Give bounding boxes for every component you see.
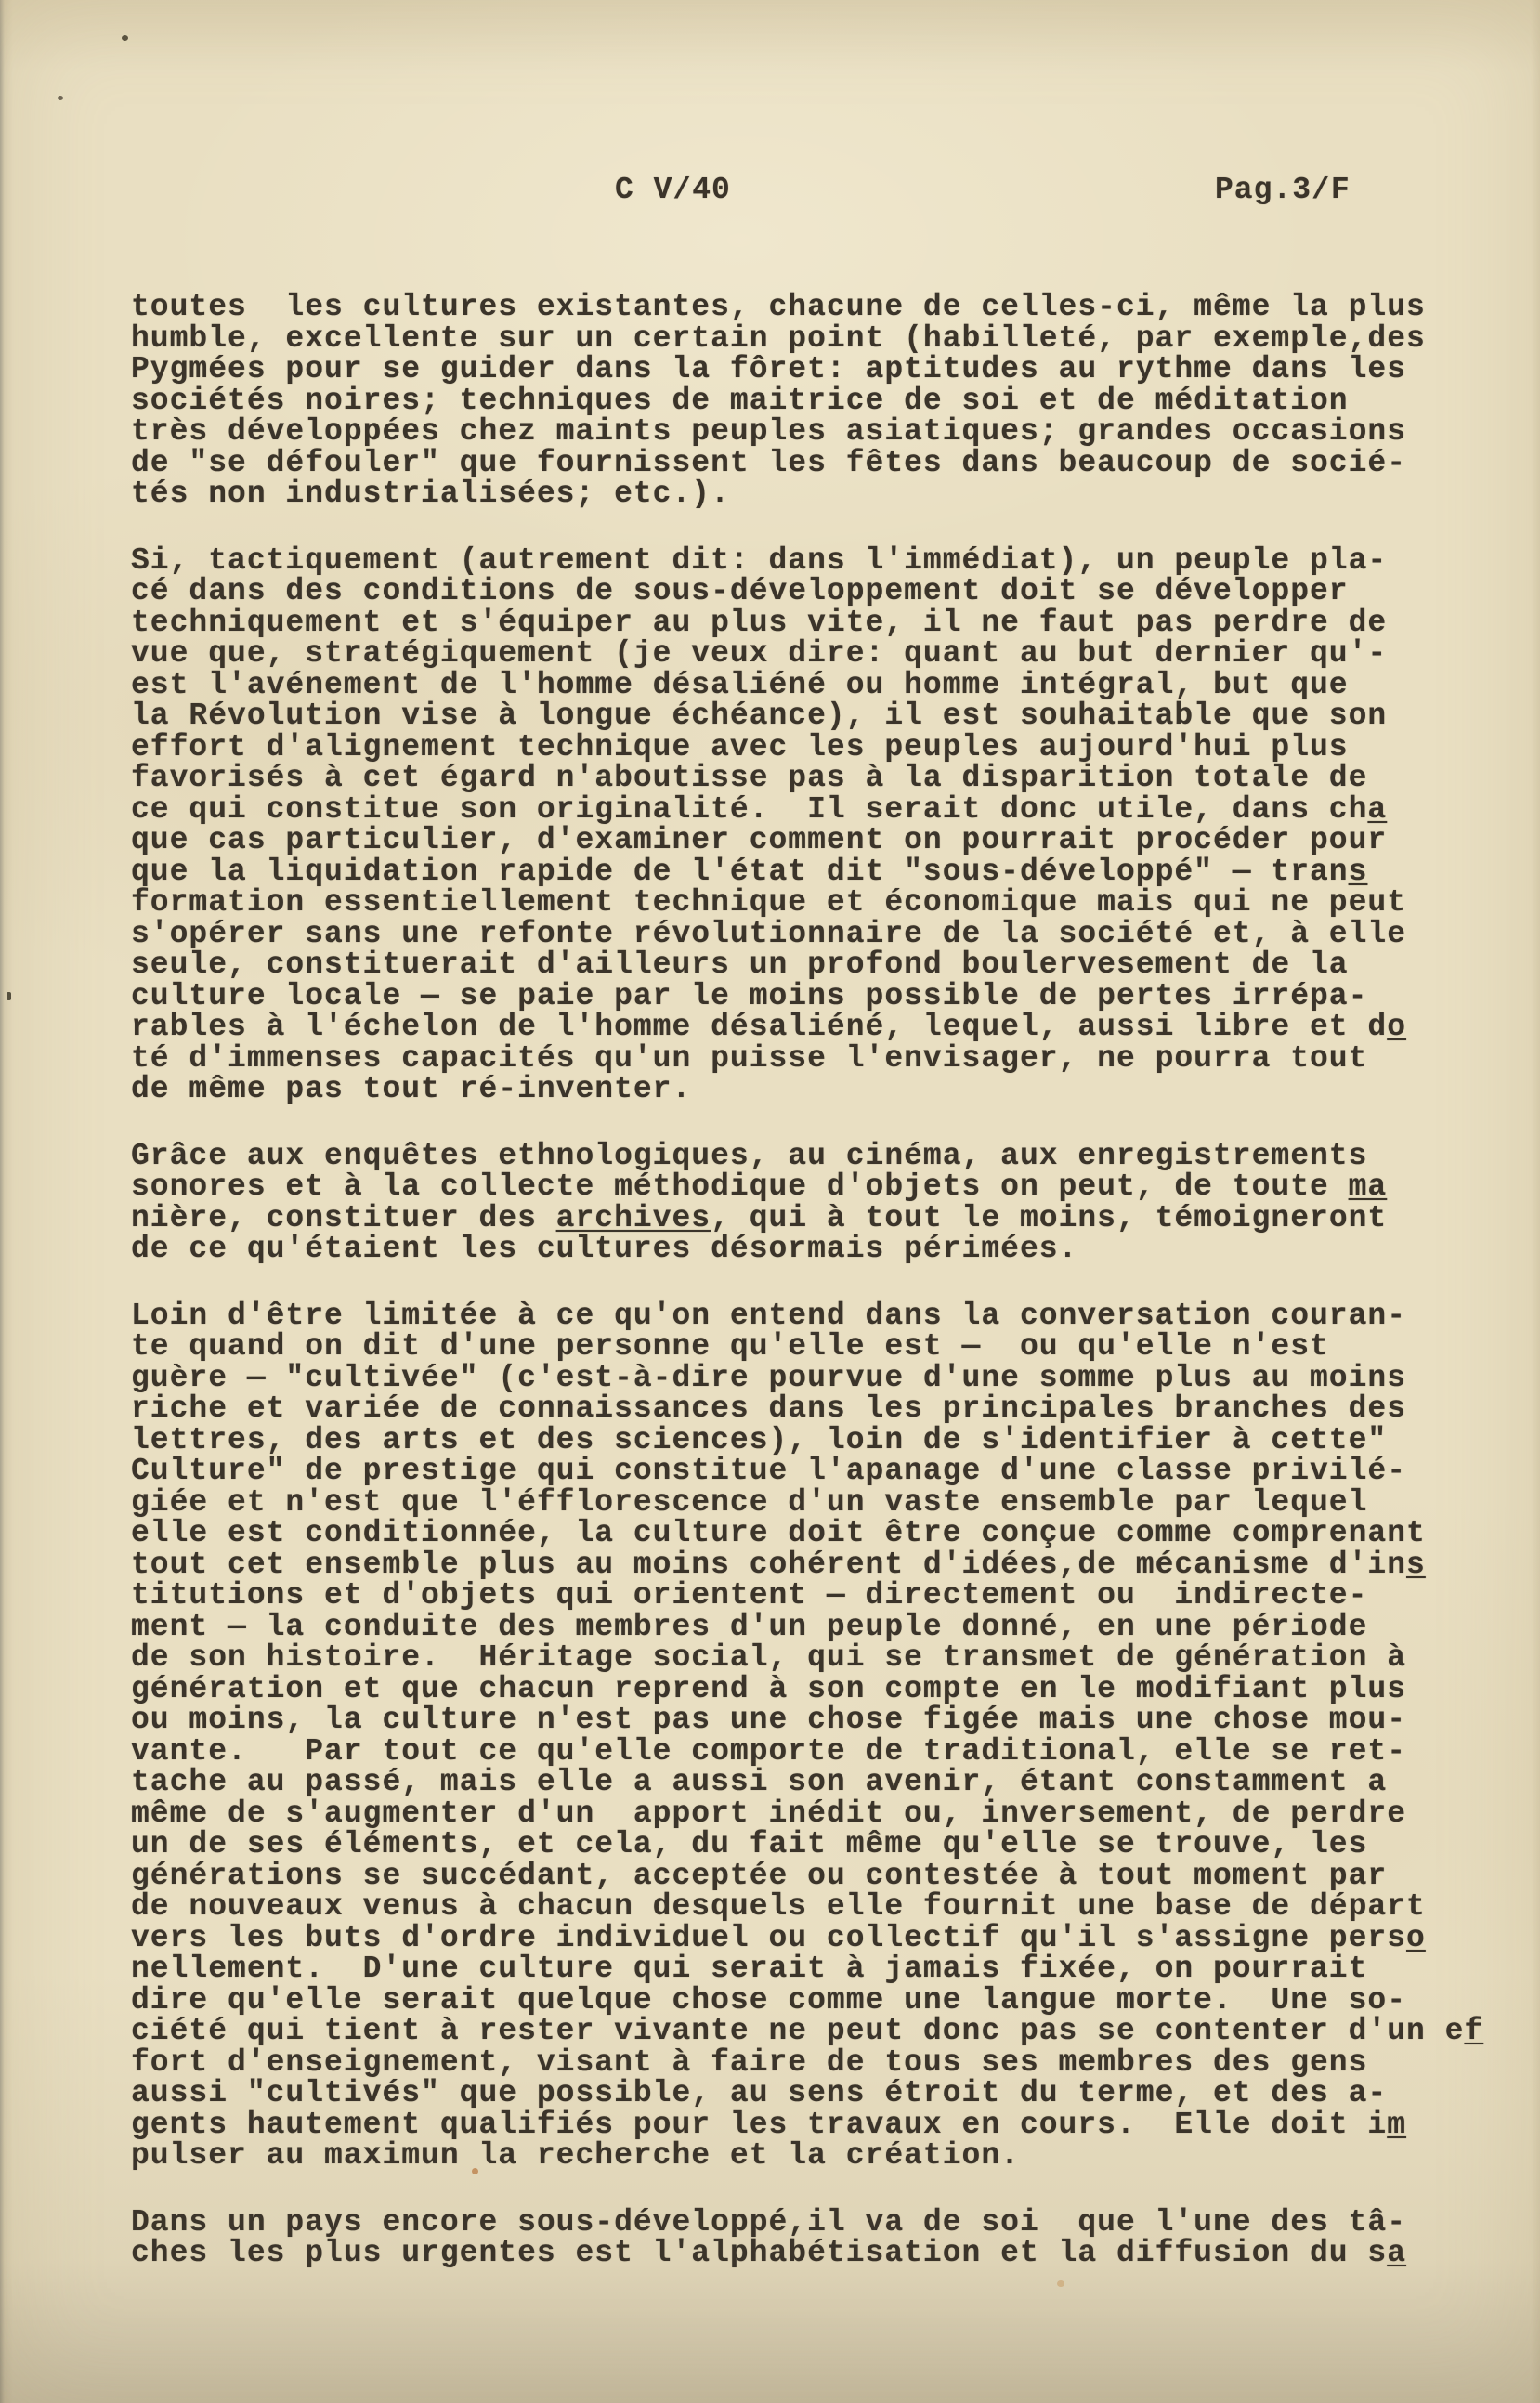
text-line: elle est conditionnée, la culture doit ê… xyxy=(131,1518,1483,1549)
text-segment: vue que, stratégiquement (je veux dire: … xyxy=(131,636,1387,671)
text-segment: fort d'enseignement, visant à faire de t… xyxy=(131,2045,1367,2080)
text-segment: , qui à tout le moins, témoigneront xyxy=(711,1201,1387,1235)
text-line: ment — la conduite des membres d'un peup… xyxy=(131,1612,1483,1643)
text-segment: vante. Par tout ce qu'elle comporte de t… xyxy=(131,1734,1406,1769)
text-line: même de s'augmenter d'un apport inédit o… xyxy=(131,1798,1483,1830)
page-number: Pag.3/F xyxy=(1215,173,1351,207)
underlined-text: o xyxy=(1406,1921,1426,1955)
text-segment: effort d'alignement technique avec les p… xyxy=(131,730,1349,764)
text-segment: nière, constituer des xyxy=(131,1201,556,1235)
text-segment: de son histoire. Héritage social, qui se… xyxy=(131,1640,1406,1675)
text-segment: aussi "cultivés" que possible, au sens é… xyxy=(131,2076,1387,2110)
text-line: vante. Par tout ce qu'elle comporte de t… xyxy=(131,1736,1483,1768)
text-segment: la Révolution vise à longue échéance), i… xyxy=(131,699,1387,733)
text-segment: même de s'augmenter d'un apport inédit o… xyxy=(131,1796,1406,1831)
text-line: Pygmées pour se guider dans la fôret: ap… xyxy=(131,354,1483,385)
text-line: génération et que chacun reprend à son c… xyxy=(131,1674,1483,1705)
text-line: très développées chez maints peuples asi… xyxy=(131,416,1483,448)
text-line: favorisés à cet égard n'aboutisse pas à … xyxy=(131,763,1483,794)
text-line: nellement. D'une culture qui serait à ja… xyxy=(131,1953,1483,1985)
text-segment: ou moins, la culture n'est pas une chose… xyxy=(131,1703,1406,1737)
paragraph: Dans un pays encore sous-développé,il va… xyxy=(131,2207,1483,2269)
text-segment: te quand on dit d'une personne qu'elle e… xyxy=(131,1329,1329,1364)
text-segment: té d'immenses capacités qu'un puisse l'e… xyxy=(131,1041,1367,1076)
text-segment: sociétés noires; techniques de maitrice … xyxy=(131,384,1349,418)
text-line: générations se succédant, acceptée ou co… xyxy=(131,1861,1483,1892)
text-segment: Si, tactiquement (autrement dit: dans l'… xyxy=(131,543,1387,578)
document-body: toutes les cultures existantes, chacune … xyxy=(131,292,1483,2305)
text-segment: dire qu'elle serait quelque chose comme … xyxy=(131,1983,1406,2018)
text-line: s'opérer sans une refonte révolutionnair… xyxy=(131,919,1483,950)
text-segment: giée et n'est que l'éfflorescence d'un v… xyxy=(131,1485,1367,1520)
text-line: ou moins, la culture n'est pas une chose… xyxy=(131,1704,1483,1736)
text-line: que la liquidation rapide de l'état dit … xyxy=(131,856,1483,888)
underlined-text: archives xyxy=(556,1201,711,1235)
underlined-text: o xyxy=(1387,1010,1406,1044)
text-line: de ce qu'étaient les cultures désormais … xyxy=(131,1234,1483,1265)
text-segment: gents hautement qualifiés pour les trava… xyxy=(131,2108,1387,2142)
text-line: Dans un pays encore sous-développé,il va… xyxy=(131,2207,1483,2239)
text-segment: de ce qu'étaient les cultures désormais … xyxy=(131,1232,1077,1266)
text-line: Si, tactiquement (autrement dit: dans l'… xyxy=(131,545,1483,577)
text-line: vue que, stratégiquement (je veux dire: … xyxy=(131,638,1483,670)
text-line: la Révolution vise à longue échéance), i… xyxy=(131,700,1483,732)
text-line: de "se défouler" que fournissent les fêt… xyxy=(131,448,1483,479)
text-line: gents hautement qualifiés pour les trava… xyxy=(131,2109,1483,2141)
doc-reference: C V/40 xyxy=(615,173,731,207)
underlined-text: m xyxy=(1387,2108,1406,2142)
text-segment: Loin d'être limitée à ce qu'on entend da… xyxy=(131,1299,1406,1333)
paragraph: Loin d'être limitée à ce qu'on entend da… xyxy=(131,1300,1483,2172)
text-line: giée et n'est que l'éfflorescence d'un v… xyxy=(131,1487,1483,1519)
text-segment: favorisés à cet égard n'aboutisse pas à … xyxy=(131,761,1367,795)
text-segment: Dans un pays encore sous-développé,il va… xyxy=(131,2205,1406,2240)
text-segment: très développées chez maints peuples asi… xyxy=(131,414,1406,449)
text-segment: toutes les cultures existantes, chacune … xyxy=(131,290,1426,324)
text-line: titutions et d'objets qui orientent — di… xyxy=(131,1580,1483,1612)
text-segment: lettres, des arts et des sciences), loin… xyxy=(131,1423,1387,1457)
text-segment: elle est conditionnée, la culture doit ê… xyxy=(131,1516,1426,1550)
text-line: sociétés noires; techniques de maitrice … xyxy=(131,385,1483,417)
text-segment: rables à l'échelon de l'homme désaliéné,… xyxy=(131,1010,1387,1044)
text-segment: Grâce aux enquêtes ethnologiques, au cin… xyxy=(131,1139,1367,1173)
text-segment: s'opérer sans une refonte révolutionnair… xyxy=(131,917,1406,951)
underlined-text: s xyxy=(1406,1548,1426,1582)
text-segment: techniquement et s'équiper au plus vite,… xyxy=(131,606,1387,640)
text-segment: ciété qui tient à rester vivante ne peut… xyxy=(131,2014,1464,2048)
text-segment: humble, excellente sur un certain point … xyxy=(131,321,1426,356)
text-line: de même pas tout ré-inventer. xyxy=(131,1074,1483,1105)
paper-speck xyxy=(58,96,63,100)
text-segment: vers les buts d'ordre individuel ou coll… xyxy=(131,1921,1406,1955)
text-segment: est l'avénement de l'homme désaliéné ou … xyxy=(131,668,1349,702)
text-segment: de "se défouler" que fournissent les fêt… xyxy=(131,446,1406,480)
text-segment: titutions et d'objets qui orientent — di… xyxy=(131,1578,1367,1613)
paragraph: Grâce aux enquêtes ethnologiques, au cin… xyxy=(131,1141,1483,1265)
text-segment: tache au passé, mais elle a aussi son av… xyxy=(131,1765,1387,1799)
text-line: vers les buts d'ordre individuel ou coll… xyxy=(131,1923,1483,1954)
text-line: culture locale — se paie par le moins po… xyxy=(131,981,1483,1012)
text-line: de nouveaux venus à chacun desquels elle… xyxy=(131,1891,1483,1923)
paragraph: Si, tactiquement (autrement dit: dans l'… xyxy=(131,545,1483,1105)
text-segment: guère — "cultivée" (c'est-à-dire pourvue… xyxy=(131,1361,1406,1395)
text-line: ciété qui tient à rester vivante ne peut… xyxy=(131,2016,1483,2047)
text-segment: sonores et à la collecte méthodique d'ob… xyxy=(131,1169,1349,1204)
text-segment: que la liquidation rapide de l'état dit … xyxy=(131,855,1349,889)
underlined-text: a xyxy=(1387,2236,1406,2270)
text-segment: génération et que chacun reprend à son c… xyxy=(131,1672,1406,1706)
text-line: té d'immenses capacités qu'un puisse l'e… xyxy=(131,1043,1483,1075)
text-line: que cas particulier, d'examiner comment … xyxy=(131,825,1483,856)
text-line: seule, constituerait d'ailleurs un profo… xyxy=(131,949,1483,981)
text-line: rables à l'échelon de l'homme désaliéné,… xyxy=(131,1012,1483,1043)
text-line: tache au passé, mais elle a aussi son av… xyxy=(131,1767,1483,1798)
text-line: te quand on dit d'une personne qu'elle e… xyxy=(131,1331,1483,1363)
text-line: ce qui constitue son originalité. Il ser… xyxy=(131,794,1483,826)
text-line: techniquement et s'équiper au plus vite,… xyxy=(131,607,1483,639)
paper-speck xyxy=(122,35,128,41)
paragraph: toutes les cultures existantes, chacune … xyxy=(131,292,1483,510)
text-segment: riche et variée de connaissances dans le… xyxy=(131,1391,1406,1426)
text-segment: tés non industrialisées; etc.). xyxy=(131,477,730,511)
text-segment: nellement. D'une culture qui serait à ja… xyxy=(131,1952,1367,1986)
text-line: pulser au maximun la recherche et la cré… xyxy=(131,2140,1483,2172)
text-line: toutes les cultures existantes, chacune … xyxy=(131,292,1483,323)
text-segment: ce qui constitue son originalité. Il ser… xyxy=(131,792,1367,827)
text-line: de son histoire. Héritage social, qui se… xyxy=(131,1642,1483,1674)
text-line: guère — "cultivée" (c'est-à-dire pourvue… xyxy=(131,1363,1483,1394)
text-segment: que cas particulier, d'examiner comment … xyxy=(131,823,1387,857)
text-segment: formation essentiellement technique et é… xyxy=(131,885,1406,920)
text-line: Grâce aux enquêtes ethnologiques, au cin… xyxy=(131,1141,1483,1172)
text-segment: de même pas tout ré-inventer. xyxy=(131,1072,691,1106)
text-line: est l'avénement de l'homme désaliéné ou … xyxy=(131,670,1483,701)
text-segment: un de ses éléments, et cela, du fait mêm… xyxy=(131,1827,1367,1861)
scanned-document-page: C V/40 Pag.3/F toutes les cultures exist… xyxy=(0,0,1540,2403)
text-segment: Culture" de prestige qui constitue l'apa… xyxy=(131,1454,1406,1488)
text-line: riche et variée de connaissances dans le… xyxy=(131,1393,1483,1425)
text-segment: culture locale — se paie par le moins po… xyxy=(131,979,1367,1013)
text-line: un de ses éléments, et cela, du fait mêm… xyxy=(131,1829,1483,1861)
text-segment: pulser au maximun la recherche et la cré… xyxy=(131,2138,1020,2173)
text-line: effort d'alignement technique avec les p… xyxy=(131,732,1483,764)
text-segment: Pygmées pour se guider dans la fôret: ap… xyxy=(131,352,1406,386)
text-segment: seule, constituerait d'ailleurs un profo… xyxy=(131,947,1349,982)
underlined-text: a xyxy=(1367,792,1387,827)
text-line: tout cet ensemble plus au moins cohérent… xyxy=(131,1549,1483,1581)
text-line: aussi "cultivés" que possible, au sens é… xyxy=(131,2078,1483,2109)
text-segment: ment — la conduite des membres d'un peup… xyxy=(131,1610,1367,1644)
text-line: sonores et à la collecte méthodique d'ob… xyxy=(131,1171,1483,1203)
underlined-text: s xyxy=(1349,855,1368,889)
underlined-text: f xyxy=(1464,2014,1483,2048)
text-line: dire qu'elle serait quelque chose comme … xyxy=(131,1985,1483,2017)
text-segment: ches les plus urgentes est l'alphabétisa… xyxy=(131,2236,1387,2270)
paper-speck xyxy=(7,992,11,1000)
text-line: Loin d'être limitée à ce qu'on entend da… xyxy=(131,1300,1483,1332)
text-line: ches les plus urgentes est l'alphabétisa… xyxy=(131,2238,1483,2269)
underlined-text: ma xyxy=(1349,1169,1388,1204)
text-segment: générations se succédant, acceptée ou co… xyxy=(131,1859,1387,1893)
text-line: cé dans des conditions de sous-développe… xyxy=(131,576,1483,607)
text-line: fort d'enseignement, visant à faire de t… xyxy=(131,2047,1483,2079)
text-line: formation essentiellement technique et é… xyxy=(131,887,1483,919)
text-line: lettres, des arts et des sciences), loin… xyxy=(131,1425,1483,1456)
text-line: Culture" de prestige qui constitue l'apa… xyxy=(131,1456,1483,1487)
text-segment: tout cet ensemble plus au moins cohérent… xyxy=(131,1548,1406,1582)
text-segment: cé dans des conditions de sous-développe… xyxy=(131,574,1349,608)
text-segment: de nouveaux venus à chacun desquels elle… xyxy=(131,1889,1426,1924)
text-line: tés non industrialisées; etc.). xyxy=(131,478,1483,510)
text-line: humble, excellente sur un certain point … xyxy=(131,323,1483,355)
text-line: nière, constituer des archives, qui à to… xyxy=(131,1203,1483,1234)
